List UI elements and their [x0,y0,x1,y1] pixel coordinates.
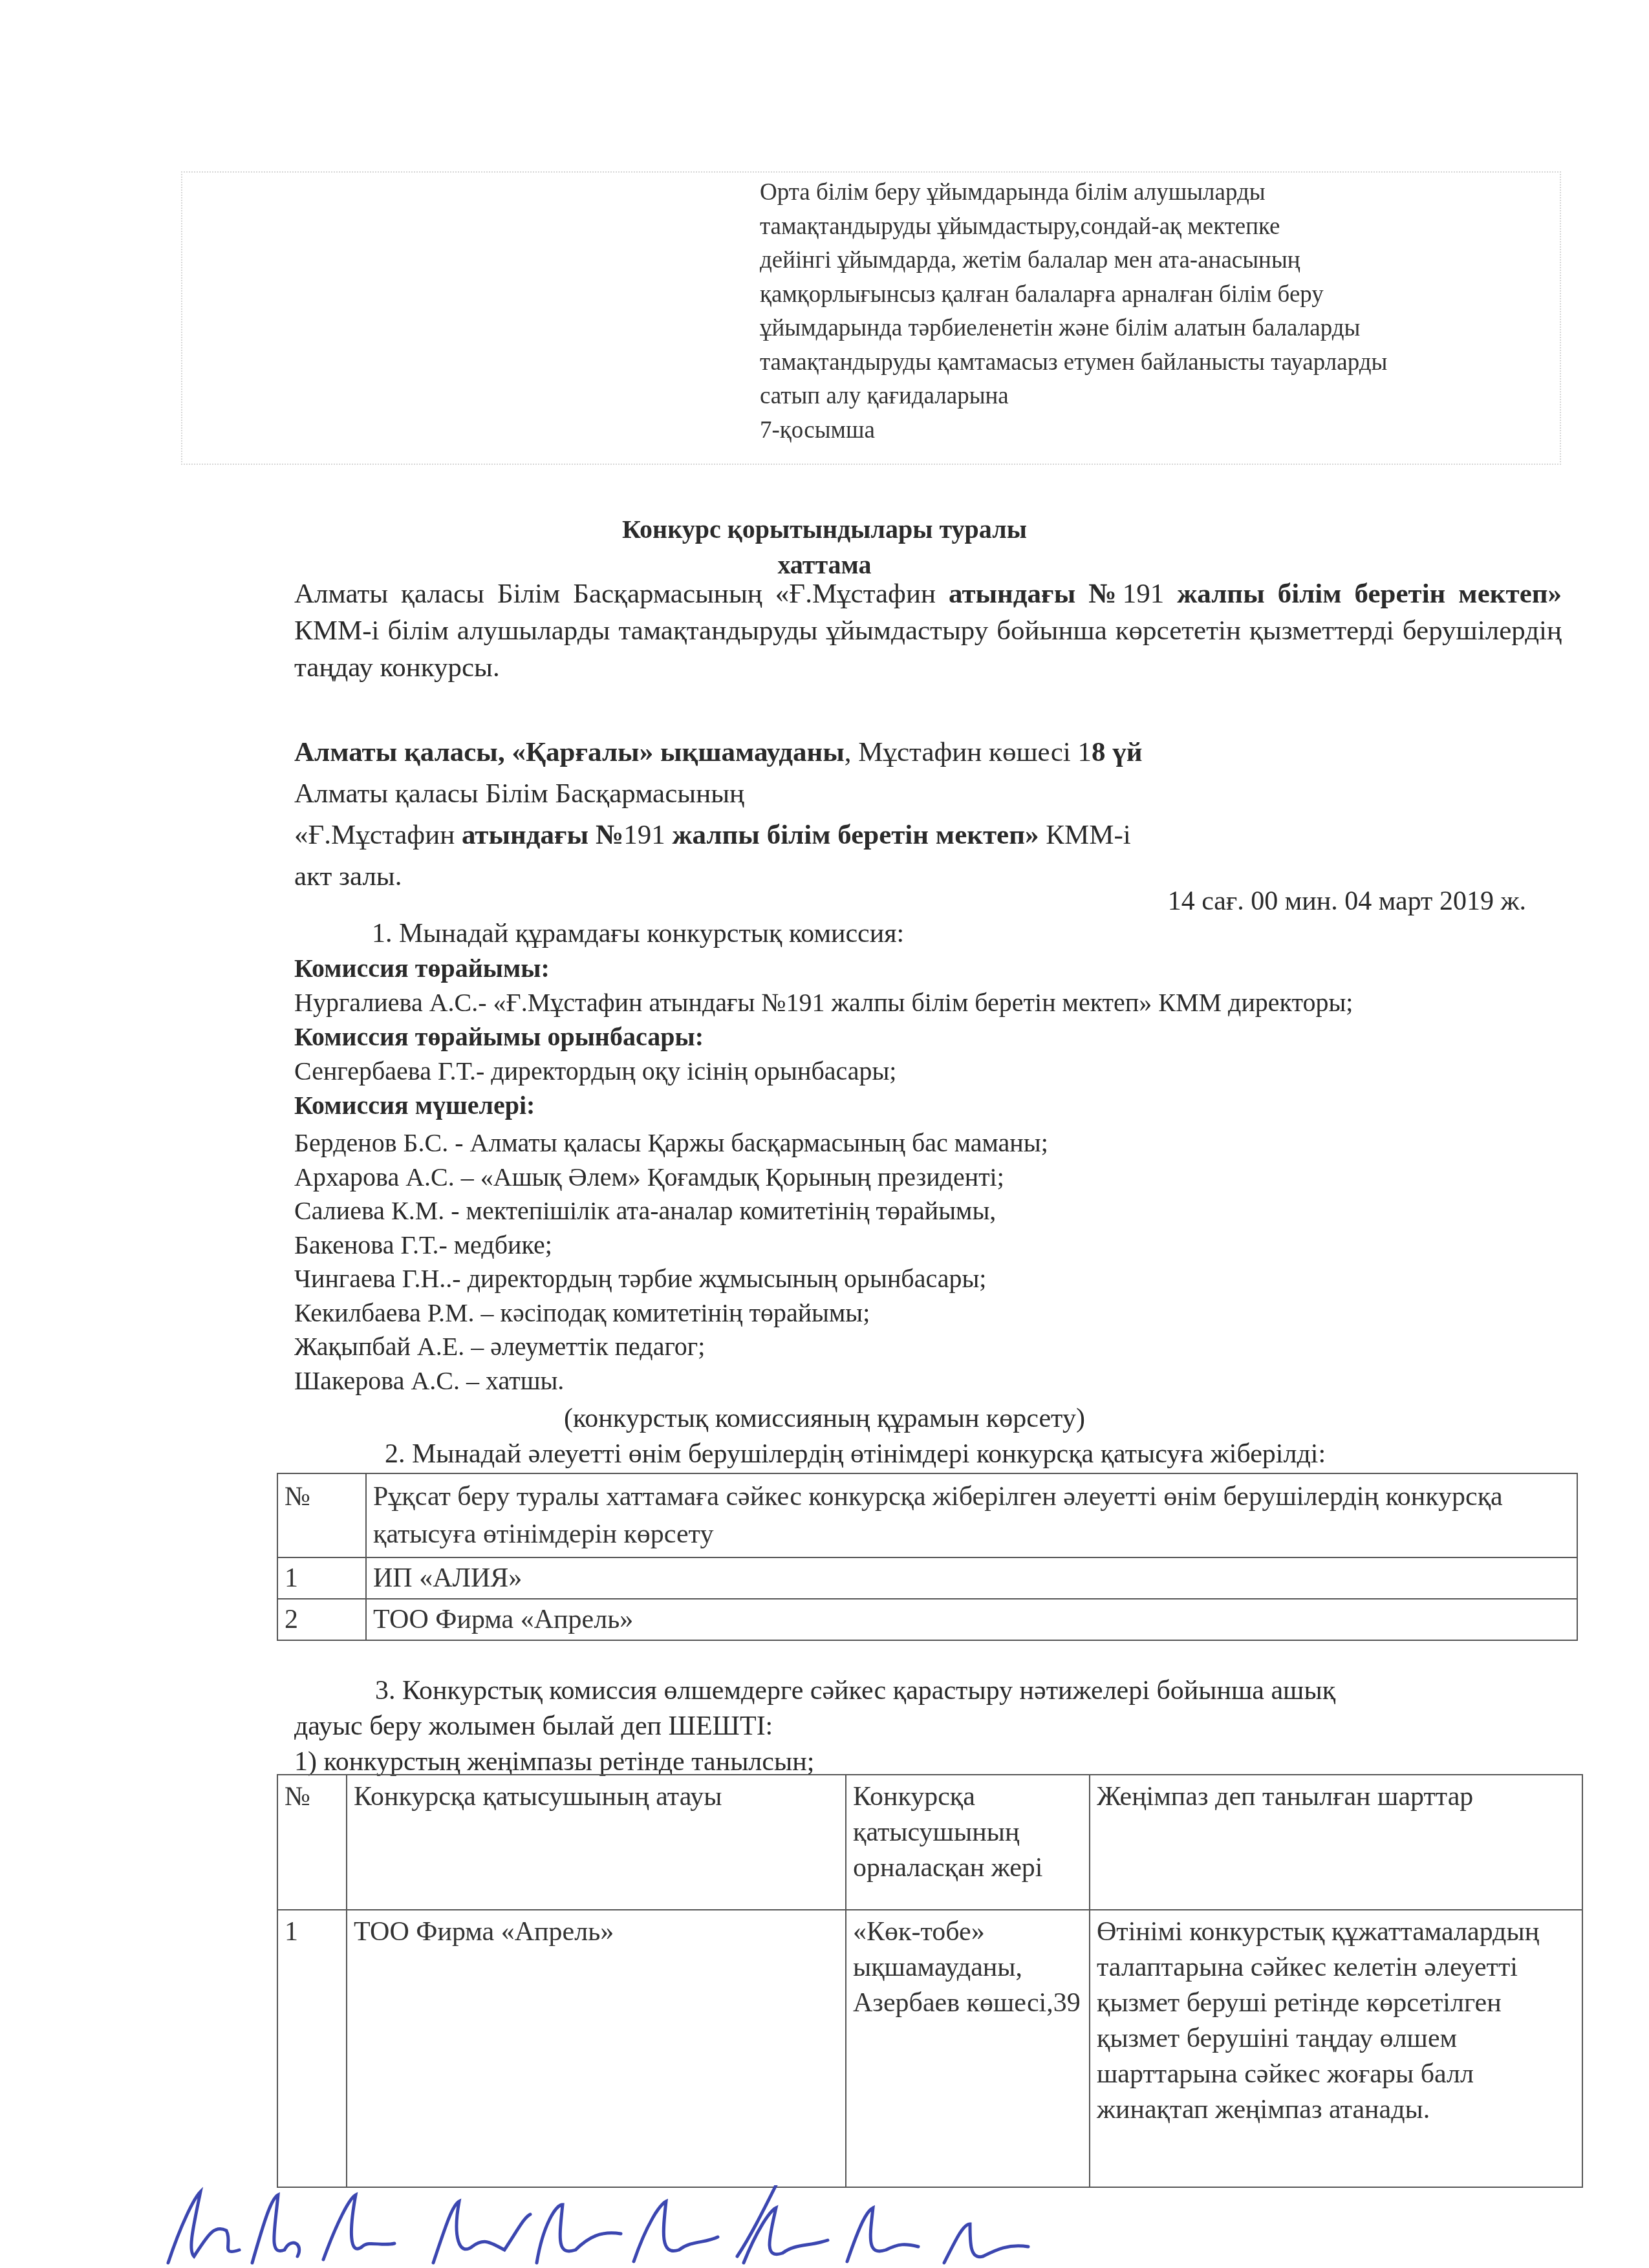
member-item: Шакерова А.С. – хатшы. [294,1364,1048,1398]
cell-participant-name: ТОО Фирма «Апрель» [347,1910,846,2187]
header-cell-applications: Рұқсат беру туралы хаттамаға сәйкес конк… [366,1473,1577,1557]
address-bold: 8 үй [1092,737,1143,767]
intro-paragraph: Алматы қаласы Білім Басқармасының «Ғ.Мұс… [294,575,1562,686]
address-bold: Алматы қаласы, «Қарғалы» ықшамауданы [294,737,845,767]
cell-location: «Көк-тобе» ықшамауданы, Азербаев көшесі,… [846,1910,1090,2187]
cell-number: 1 [277,1910,347,2187]
deputy-member: Сенгербаева Г.Т.- директордың оқу ісінің… [294,1054,1575,1088]
address-text: КММ-і [1039,820,1130,850]
address-text: 191 [623,820,672,850]
deputy-label: Комиссия төрайымы орынбасары: [294,1020,1575,1054]
members-label: Комиссия мүшелері: [294,1088,1575,1122]
member-item: Салиева К.М. - мектепішілік ата-аналар к… [294,1194,1048,1228]
member-item: Бакенова Г.Т.- медбике; [294,1228,1048,1263]
annex-line: тамақтандыруды қамтамасыз етумен байланы… [760,346,1568,380]
signature-icon [847,2208,918,2262]
annex-line: ұйымдарында тәрбиеленетін және білім ала… [760,312,1568,346]
annex-line: дейінгі ұйымдарда, жетім балалар мен ата… [760,244,1568,278]
cell-conditions: Өтінімі конкурстық құжаттамалардың талап… [1090,1910,1582,2187]
intro-text: Алматы қаласы Білім Басқармасының «Ғ.Мұс… [294,579,949,609]
signature-icon [744,2208,828,2263]
member-item: Кекилбаева Р.М. – кәсіподақ комитетінің … [294,1296,1048,1331]
meeting-datetime: 14 сағ. 00 мин. 04 март 2019 ж. [1168,886,1526,917]
address-line: Алматы қаласы, «Қарғалы» ықшамауданы, Мұ… [294,732,1458,773]
intro-text: КММ-і білім алушыларды тамақтандыруды ұй… [294,615,1562,683]
signature-icon [252,2195,299,2263]
table-row: 1 ИП «АЛИЯ» [277,1557,1577,1599]
annex-line: қамқорлығынсыз қалған балаларға арналған… [760,278,1568,312]
address-text: , Мұстафин көшесі 1 [845,737,1092,767]
address-line: Алматы қаласы Білім Басқармасының [294,773,1458,815]
cell-number: 1 [277,1557,366,1599]
commission-caption: (конкурстық комиссияның құрамын көрсету) [0,1403,1649,1434]
cell-number: 2 [277,1599,366,1640]
signature-icon [433,2201,530,2263]
section-1-heading: 1. Мынадай құрамдағы конкурстық комиссия… [294,917,1575,951]
header-cell-conditions: Жеңімпаз деп танылған шарттар [1090,1775,1582,1910]
address-bold: жалпы білім беретін мектеп» [672,820,1039,850]
document-title: Конкурс қорытындылары туралы [0,514,1649,544]
signature-icon [537,2205,621,2263]
admitted-suppliers-table: № Рұқсат беру туралы хаттамаға сәйкес ко… [277,1473,1578,1641]
header-cell-participant-name: Конкурсқа қатысушының атауы [347,1775,846,1910]
document-page: Орта білім беру ұйымдарында білім алушыл… [0,0,1649,2268]
meeting-address: Алматы қаласы, «Қарғалы» ықшамауданы, Мұ… [294,732,1458,897]
signature-icon [168,2192,239,2263]
intro-text: 191 [1123,579,1178,609]
header-cell-number: № [277,1473,366,1557]
signature-icon [634,2201,718,2262]
annex-line: тамақтандыруды ұйымдастыру,сондай-ақ мек… [760,210,1568,244]
signature-icon [323,2195,394,2260]
chair-label: Комиссия төрайымы: [294,951,1575,985]
table-header-row: № Рұқсат беру туралы хаттамаға сәйкес ко… [277,1473,1577,1557]
annex-line: Орта білім беру ұйымдарында білім алушыл… [760,176,1568,210]
address-line: «Ғ.Мұстафин атындағы №191 жалпы білім бе… [294,815,1458,856]
member-item: Берденов Б.С. - Алматы қаласы Қаржы басқ… [294,1126,1048,1161]
cell-supplier: ИП «АЛИЯ» [366,1557,1577,1599]
section-2-heading: 2. Мынадай әлеуетті өнім берушілердің өт… [385,1439,1326,1470]
header-cell-location: Конкурсқа қатысушының орналасқан жері [846,1775,1090,1910]
table-row: 1 ТОО Фирма «Апрель» «Көк-тобе» ықшамауд… [277,1910,1582,2187]
table-row: 2 ТОО Фирма «Апрель» [277,1599,1577,1640]
table-header-row: № Конкурсқа қатысушының атауы Конкурсқа … [277,1775,1582,1910]
handwritten-signatures [155,2185,1287,2268]
chair-member: Нургалиева А.С.- «Ғ.Мұстафин атындағы №1… [294,985,1575,1020]
winner-table: № Конкурсқа қатысушының атауы Конкурсқа … [277,1774,1583,2188]
intro-text-bold: жалпы білім беретін мектеп» [1177,579,1562,609]
member-item: Жақыпбай А.Е. – әлеуметтік педагог; [294,1330,1048,1364]
address-bold: атындағы № [462,820,623,850]
section-1-commission: 1. Мынадай құрамдағы конкурстық комиссия… [294,917,1575,1122]
section-3-decision: 3. Конкурстық комиссия өлшемдерге сәйкес… [294,1673,1575,1780]
signature-icon [944,2224,1028,2263]
section-3-heading-cont: дауыс беру жолымен былай деп ШЕШТІ: [294,1709,1575,1744]
annex-reference: Орта білім беру ұйымдарында білім алушыл… [760,176,1568,447]
member-item: Архарова А.С. – «Ашық Әлем» Қоғамдық Қор… [294,1161,1048,1195]
cell-supplier: ТОО Фирма «Апрель» [366,1599,1577,1640]
commission-members-list: Берденов Б.С. - Алматы қаласы Қаржы басқ… [294,1126,1048,1398]
annex-line: 7-қосымша [760,414,1568,448]
header-cell-number: № [277,1775,347,1910]
address-text: «Ғ.Мұстафин [294,820,462,850]
intro-text-bold: атындағы № [949,579,1123,609]
annex-line: сатып алу қағидаларына [760,380,1568,414]
section-3-heading: 3. Конкурстық комиссия өлшемдерге сәйкес… [294,1673,1575,1709]
member-item: Чингаева Г.Н..- директордың тәрбие жұмыс… [294,1262,1048,1296]
